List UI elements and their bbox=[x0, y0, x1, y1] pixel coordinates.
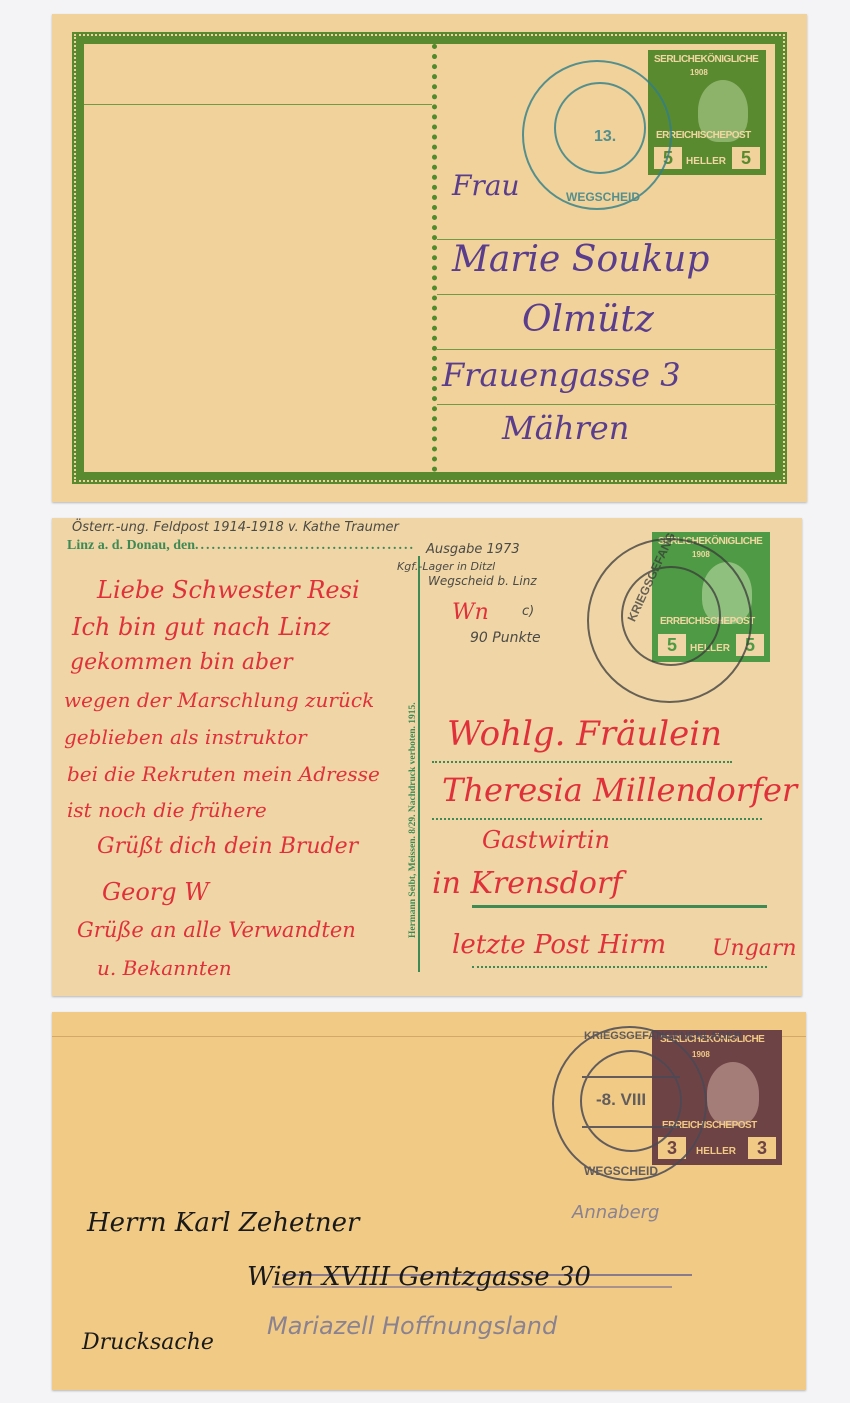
emperor-portrait bbox=[707, 1062, 759, 1126]
printer-imprint: Hermann Seibt, Meissen. 8/29. Nachdruck … bbox=[408, 702, 418, 938]
address-rule bbox=[472, 966, 767, 968]
printed-header: Linz a. d. Donau, den...................… bbox=[67, 538, 415, 554]
postcard-green-5-heller: SERLICHEKÖNIGLICHE 1908 ERREICHISCHEPOST… bbox=[52, 14, 807, 502]
postmark: -8. VIII KRIEGSGEFANGENENLAGER WEGSCHEID bbox=[552, 1026, 707, 1181]
address-rule bbox=[437, 404, 777, 405]
address-rule bbox=[432, 818, 762, 820]
address-rule bbox=[432, 761, 732, 763]
card-divider bbox=[418, 556, 420, 972]
envelope-wrapper: SERLICHEKÖNIGLICHE 1908 ERREICHISCHEPOST… bbox=[52, 1012, 806, 1390]
message-rule bbox=[84, 104, 432, 105]
address-rule bbox=[437, 294, 777, 295]
postcard-linz: Österr.-ung. Feldpost 1914-1918 v. Kathe… bbox=[52, 518, 802, 996]
address-rule bbox=[472, 905, 767, 908]
address-rule bbox=[437, 349, 777, 350]
postmark: 13. WEGSCHEID bbox=[522, 60, 672, 210]
postmark: KRIEGSGEFANG bbox=[587, 538, 752, 703]
card-divider bbox=[432, 44, 437, 472]
